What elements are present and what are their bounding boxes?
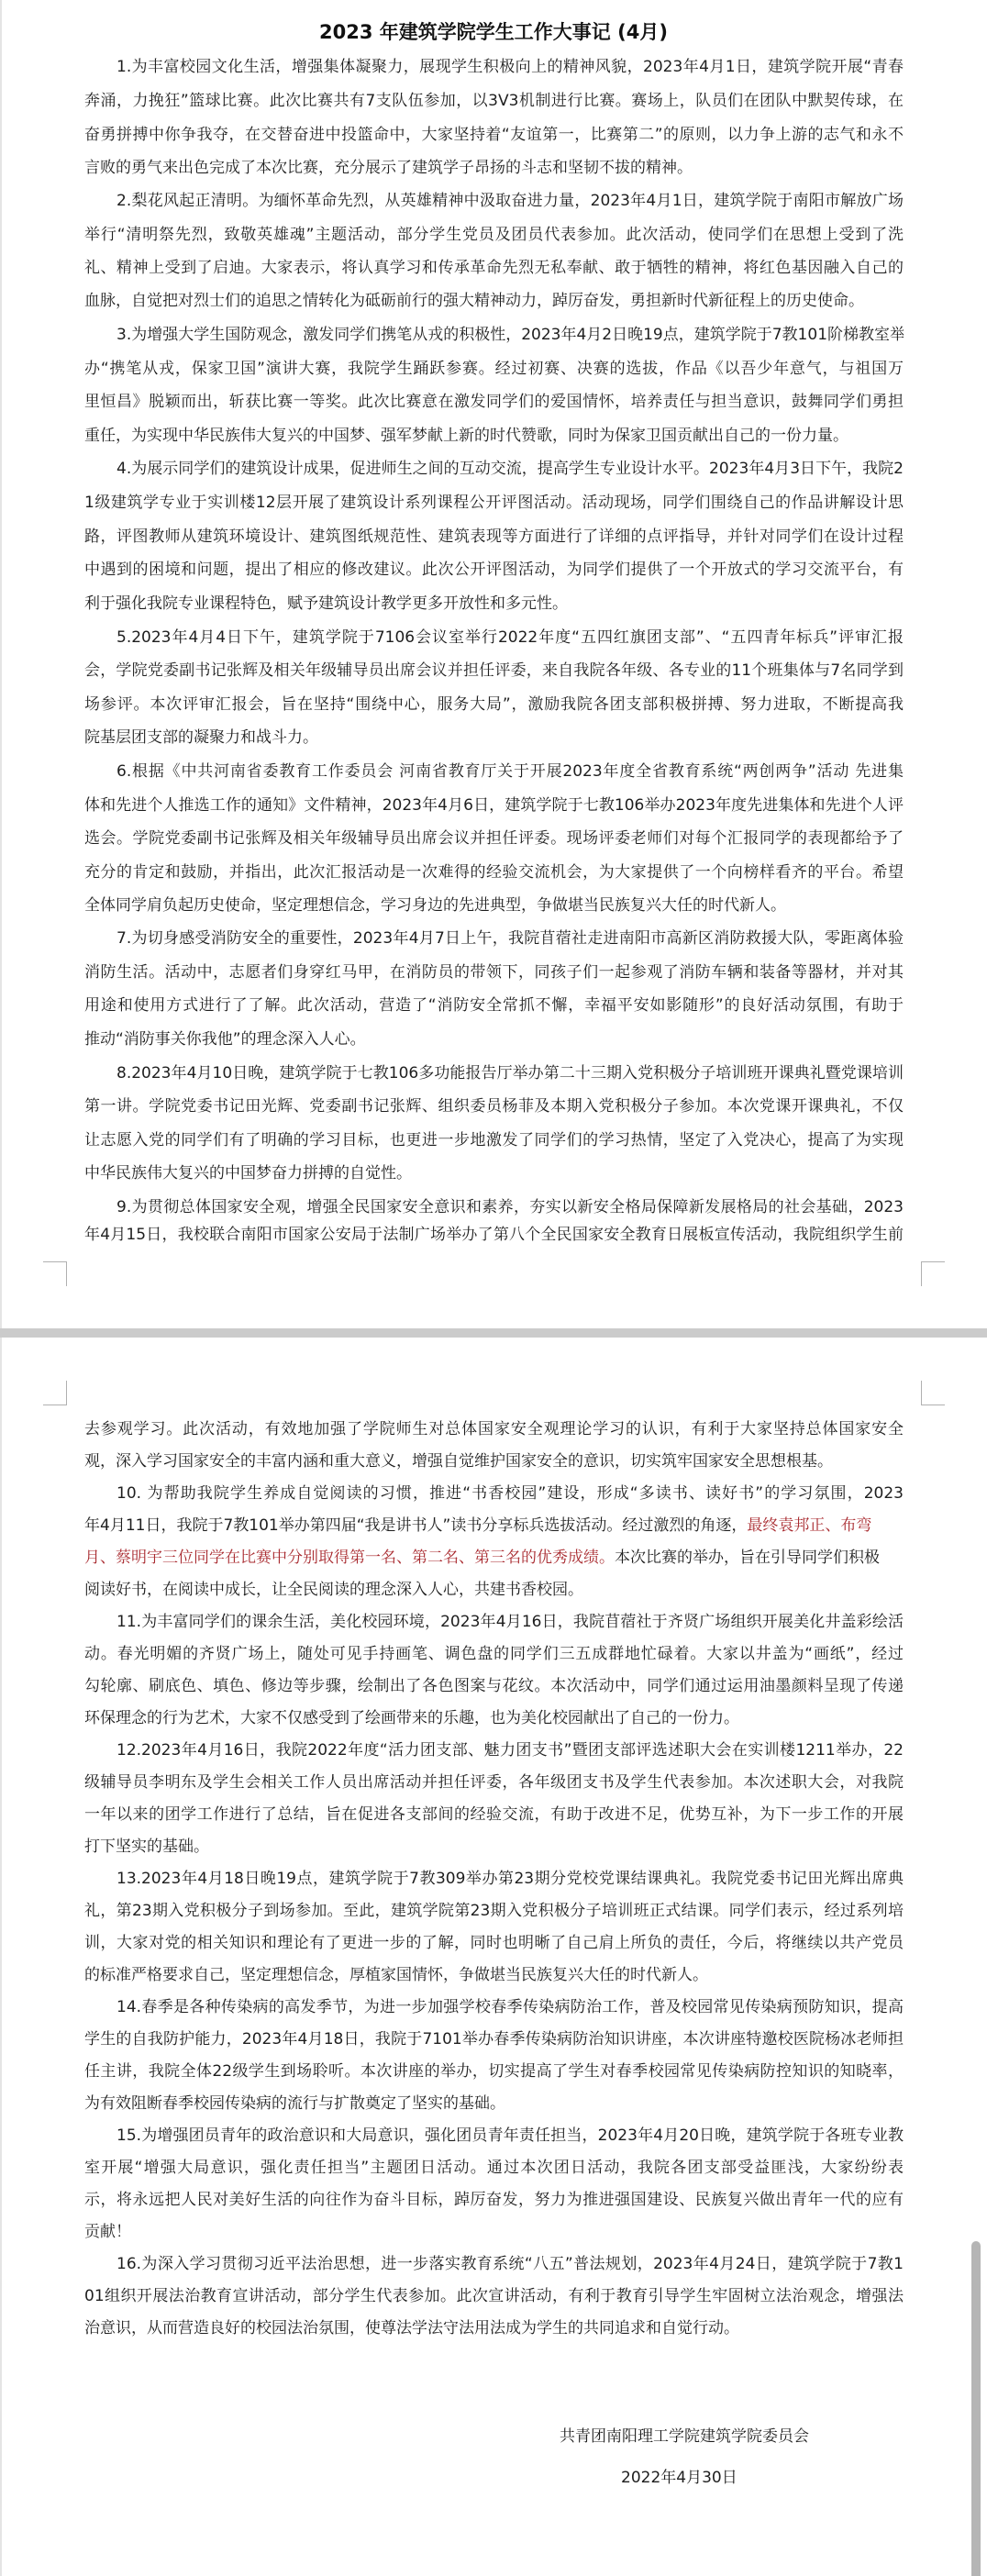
para-1-line-2: 奔涌，力挽狂”篮球比赛。此次比赛共有7支队伍参加，以3V3机制进行比赛。赛场上，… — [84, 87, 904, 115]
para-13-line-3: 训，大家对党的相关知识和理论有了更进一步的了解，同时也明晰了自己肩上所负的责任，… — [84, 1929, 904, 1957]
page-break — [0, 1328, 987, 1338]
para-11-line-2: 动。春光明媚的齐贤广场上，随处可见手持画笔、调色盘的同学们三五成群地忙碌着。大家… — [84, 1640, 904, 1668]
para-4-line-4: 中遇到的困境和问题，提出了相应的修改建议。此次公开评图活动，为同学们提供了一个开… — [84, 556, 904, 583]
para-10-line-3-rest: 本次比赛的举办，旨在引导同学们积极 — [615, 1549, 880, 1567]
para-12-line-1: 12.2023年4月16日，我院2022年度“活力团支部、魅力团支书”暨团支部评… — [116, 1737, 904, 1764]
signature-organization: 共青团南阳理工学院建筑学院委员会 — [560, 2423, 809, 2450]
para-6-line-2: 体和先进个人推选工作的通知》文件精神，2023年4月6日，建筑学院于七教106举… — [84, 792, 904, 819]
para-15-line-4: 贡献！ — [84, 2218, 904, 2246]
page-2-corner-mark-top-right — [921, 1381, 945, 1405]
document-viewer: 2023 年建筑学院学生工作大事记 (4月) 1.为丰富校园文化生活，增强集体凝… — [0, 0, 987, 2576]
para-10-line-3: 月、蔡明宇三位同学在比赛中分别取得第一名、第二名、第三名的优秀成绩。本次比赛的举… — [84, 1544, 904, 1571]
para-9-line-3: 去参观学习。此次活动，有效地加强了学院师生对总体国家安全观理论学习的认识，有利于… — [84, 1416, 904, 1443]
para-16-line-3: 治意识，从而营造良好的校园法治氛围，使尊法学法守法用法成为学生的共同追求和自觉行… — [84, 2315, 904, 2342]
para-10-line-2: 年4月11日，我院于7教101举办第四届“我是讲书人”读书分享标兵选拔活动。经过… — [84, 1512, 904, 1539]
para-6-line-4: 充分的肯定和鼓励，并指出，此次汇报活动是一次难得的经验交流机会，为大家提供了一个… — [84, 859, 904, 886]
award-winners-highlight: 最终袁邦正、布弯 — [747, 1516, 871, 1535]
para-12-line-2: 级辅导员李明东及学生会相关工作人员出席活动并担任评委，各年级团支书及学生代表参加… — [84, 1769, 904, 1796]
para-4-line-1: 4.为展示同学们的建筑设计成果，促进师生之间的互动交流，提高学生专业设计水平。2… — [116, 455, 904, 483]
para-9-line-1: 9.为贯彻总体国家安全观，增强全民国家安全意识和素养，夯实以新安全格局保障新发展… — [116, 1194, 904, 1221]
para-7-line-2: 消防生活。活动中，志愿者们身穿红马甲，在消防员的带领下，同孩子们一起参观了消防车… — [84, 959, 904, 986]
para-5-line-1: 5.2023年4月4日下午，建筑学院于7106会议室举行2022年度“五四红旗团… — [116, 624, 904, 651]
para-12-line-3: 一年以来的团学工作进行了总结，旨在促进各支部间的经验交流，有助于改进不足，优势互… — [84, 1801, 904, 1828]
para-16-line-2: 01组织开展法治教育宣讲活动，部分学生代表参加。此次宣讲活动，有利于教育引导学生… — [84, 2282, 904, 2310]
para-2-line-4: 血脉，自觉把对烈士们的追思之情转化为砥砺前行的强大精神动力，踔厉奋发，勇担新时代… — [84, 287, 904, 315]
para-8-line-4: 中华民族伟大复兴的中国梦奋力拼搏的自觉性。 — [84, 1160, 904, 1187]
para-10-line-4: 阅读好书，在阅读中成长，让全民阅读的理念深入人心，共建书香校园。 — [84, 1576, 904, 1604]
para-15-line-1: 15.为增强团员青年的政治意识和大局意识，强化团员青年责任担当，2023年4月2… — [116, 2122, 904, 2149]
para-8-line-1: 8.2023年4月10日晚，建筑学院于七教106多功能报告厅举办第二十三期入党积… — [116, 1060, 904, 1087]
para-6-line-1: 6.根据《中共河南省委教育工作委员会 河南省教育厅关于开展2023年度全省教育系… — [116, 758, 904, 785]
para-9-line-4: 观，深入学习国家安全的丰富内涵和重大意义，增强自觉维护国家安全的意识，切实筑牢国… — [84, 1448, 904, 1475]
para-14-line-4: 为有效阻断春季校园传染病的流行与扩散奠定了坚实的基础。 — [84, 2090, 904, 2117]
page-1-corner-mark-bottom-left — [43, 1261, 67, 1286]
para-12-line-4: 打下坚实的基础。 — [84, 1833, 904, 1860]
para-7-line-4: 推动“消防事关你我他”的理念深入人心。 — [84, 1026, 904, 1053]
document-title: 2023 年建筑学院学生工作大事记 (4月) — [0, 17, 987, 47]
vertical-scrollbar-thumb[interactable] — [971, 2241, 981, 2576]
para-3-line-4: 重任，为实现中华民族伟大复兴的中国梦、强军梦献上新的时代赞歌，同时为保家卫国贡献… — [84, 422, 904, 450]
para-5-line-2: 会，学院党委副书记张辉及相关年级辅导员出席会议并担任评委，来自我院各年级、各专业… — [84, 657, 904, 684]
para-16-line-1: 16.为深入学习贯彻习近平法治思想，进一步落实教育系统“八五”普法规划，2023… — [116, 2250, 904, 2278]
para-14-line-3: 任主讲，我院全体22级学生到场聆听。本次讲座的举办，切实提高了学生对春季校园常见… — [84, 2058, 904, 2085]
para-15-line-3: 示，将永远把人民对美好生活的向往作为奋斗目标，踔厉奋发，努力为推进强国建设、民族… — [84, 2186, 904, 2214]
para-13-line-2: 礼，第23期入党积极分子到场参加。至此，建筑学院第23期入党积极分子培训班正式结… — [84, 1897, 904, 1925]
para-3-line-3: 里恒昌》脱颖而出，斩获比赛一等奖。此次比赛意在激发同学们的爱国情怀，培养责任与担… — [84, 388, 904, 416]
page-1-corner-mark-bottom-right — [921, 1261, 945, 1286]
para-2-line-3: 礼、精神上受到了启迪。大家表示，将认真学习和传承革命先烈无私奉献、敢于牺牲的精神… — [84, 254, 904, 282]
para-2-line-2: 举行“清明祭先烈，致敬英雄魂”主题活动，部分学生党员及团员代表参加。此次活动，使… — [84, 221, 904, 249]
para-7-line-1: 7.为切身感受消防安全的重要性，2023年4月7日上午，我院苜蓿社走进南阳市高新… — [116, 925, 904, 952]
para-1-line-3: 奋勇拼搏中你争我夺，在交替奋进中投篮命中，大家坚持着“友谊第一，比赛第二”的原则… — [84, 121, 904, 149]
award-results-highlight: 月、蔡明宇三位同学在比赛中分别取得第一名、第二名、第三名的优秀成绩。 — [84, 1549, 615, 1567]
page-2-corner-mark-top-left — [43, 1381, 67, 1405]
para-11-line-4: 环保理念的行为艺术，大家不仅感受到了绘画带来的乐趣，也为美化校园献出了自己的一份… — [84, 1704, 904, 1732]
para-1-line-4: 言败的勇气来出色完成了本次比赛，充分展示了建筑学子昂扬的斗志和坚韧不拔的精神。 — [84, 154, 904, 182]
para-6-line-3: 选会。学院党委副书记张辉及相关年级辅导员出席会议并担任评委。现场评委老师们对每个… — [84, 825, 904, 852]
signature-date: 2022年4月30日 — [621, 2464, 737, 2492]
para-2-line-1: 2.梨花风起正清明。为缅怀革命先烈，从英雄精神中汲取奋进力量，2023年4月1日… — [116, 187, 904, 215]
para-6-line-5: 全体同学肩负起历史使命，坚定理想信念，学习身边的先进典型，争做堪当民族复兴大任的… — [84, 892, 904, 919]
para-7-line-3: 用途和使用方式进行了了解。此次活动，营造了“消防安全常抓不懈，幸福平安如影随形”… — [84, 992, 904, 1019]
para-4-line-5: 利于强化我院专业课程特色，赋予建筑设计教学更多开放性和多元性。 — [84, 590, 904, 617]
para-9-line-2: 年4月15日，我校联合南阳市国家公安局于法制广场举办了第八个全民国家安全教育日展… — [84, 1221, 904, 1249]
para-13-line-4: 的标准严格要求自己，坚定理想信念，厚植家国情怀，争做堪当民族复兴大任的时代新人。 — [84, 1961, 904, 1989]
para-1-line-1: 1.为丰富校园文化生活，增强集体凝聚力，展现学生积极向上的精神风貌，2023年4… — [116, 53, 904, 81]
para-3-line-1: 3.为增强大学生国防观念，激发同学们携笔从戎的积极性，2023年4月2日晚19点… — [116, 321, 904, 349]
para-10-line-2-text: 年4月11日，我院于7教101举办第四届“我是讲书人”读书分享标兵选拔活动。经过… — [84, 1516, 747, 1535]
para-15-line-2: 室开展“增强大局意识，强化责任担当”主题团日活动。通过本次团日活动，我院各团支部… — [84, 2154, 904, 2182]
para-10-line-1: 10. 为帮助我院学生养成自觉阅读的习惯，推进“书香校园”建设，形成“多读书、读… — [116, 1480, 904, 1507]
para-11-line-3: 勾轮廓、刷底色、填色、修边等步骤，绘制出了各色图案与花纹。本次活动中，同学们通过… — [84, 1672, 904, 1700]
para-11-line-1: 11.为丰富同学们的课余生活，美化校园环境，2023年4月16日，我院苜蓿社于齐… — [116, 1608, 904, 1636]
para-14-line-2: 学生的自我防护能力，2023年4月18日，我院于7101举办春季传染病防治知识讲… — [84, 2026, 904, 2053]
para-4-line-2: 1级建筑学专业于实训楼12层开展了建筑设计系列课程公开评图活动。活动现场，同学们… — [84, 489, 904, 516]
para-5-line-4: 院基层团支部的凝聚力和战斗力。 — [84, 724, 904, 751]
para-14-line-1: 14.春季是各种传染病的高发季节，为进一步加强学校春季传染病防治工作，普及校园常… — [116, 1993, 904, 2021]
para-5-line-3: 场参评。本次评审汇报会，旨在坚持“围绕中心，服务大局”，激励我院各团支部积极拼搏… — [84, 691, 904, 718]
para-8-line-2: 第一讲。学院党委书记田光辉、党委副书记张辉、组织委员杨菲及本期入党积极分子参加。… — [84, 1093, 904, 1120]
para-4-line-3: 路，评图教师从建筑环境设计、建筑图纸规范性、建筑表现等方面进行了详细的点评指导，… — [84, 523, 904, 550]
para-13-line-1: 13.2023年4月18日晚19点，建筑学院于7教309举办第23期分党校党课结… — [116, 1865, 904, 1893]
para-8-line-3: 让志愿入党的同学们有了明确的学习目标，也更进一步地激发了同学们的学习热情，坚定了… — [84, 1127, 904, 1154]
para-3-line-2: 办“携笔从戎，保家卫国”演讲大赛，我院学生踊跃参赛。经过初赛、决赛的选拔，作品《… — [84, 355, 904, 383]
